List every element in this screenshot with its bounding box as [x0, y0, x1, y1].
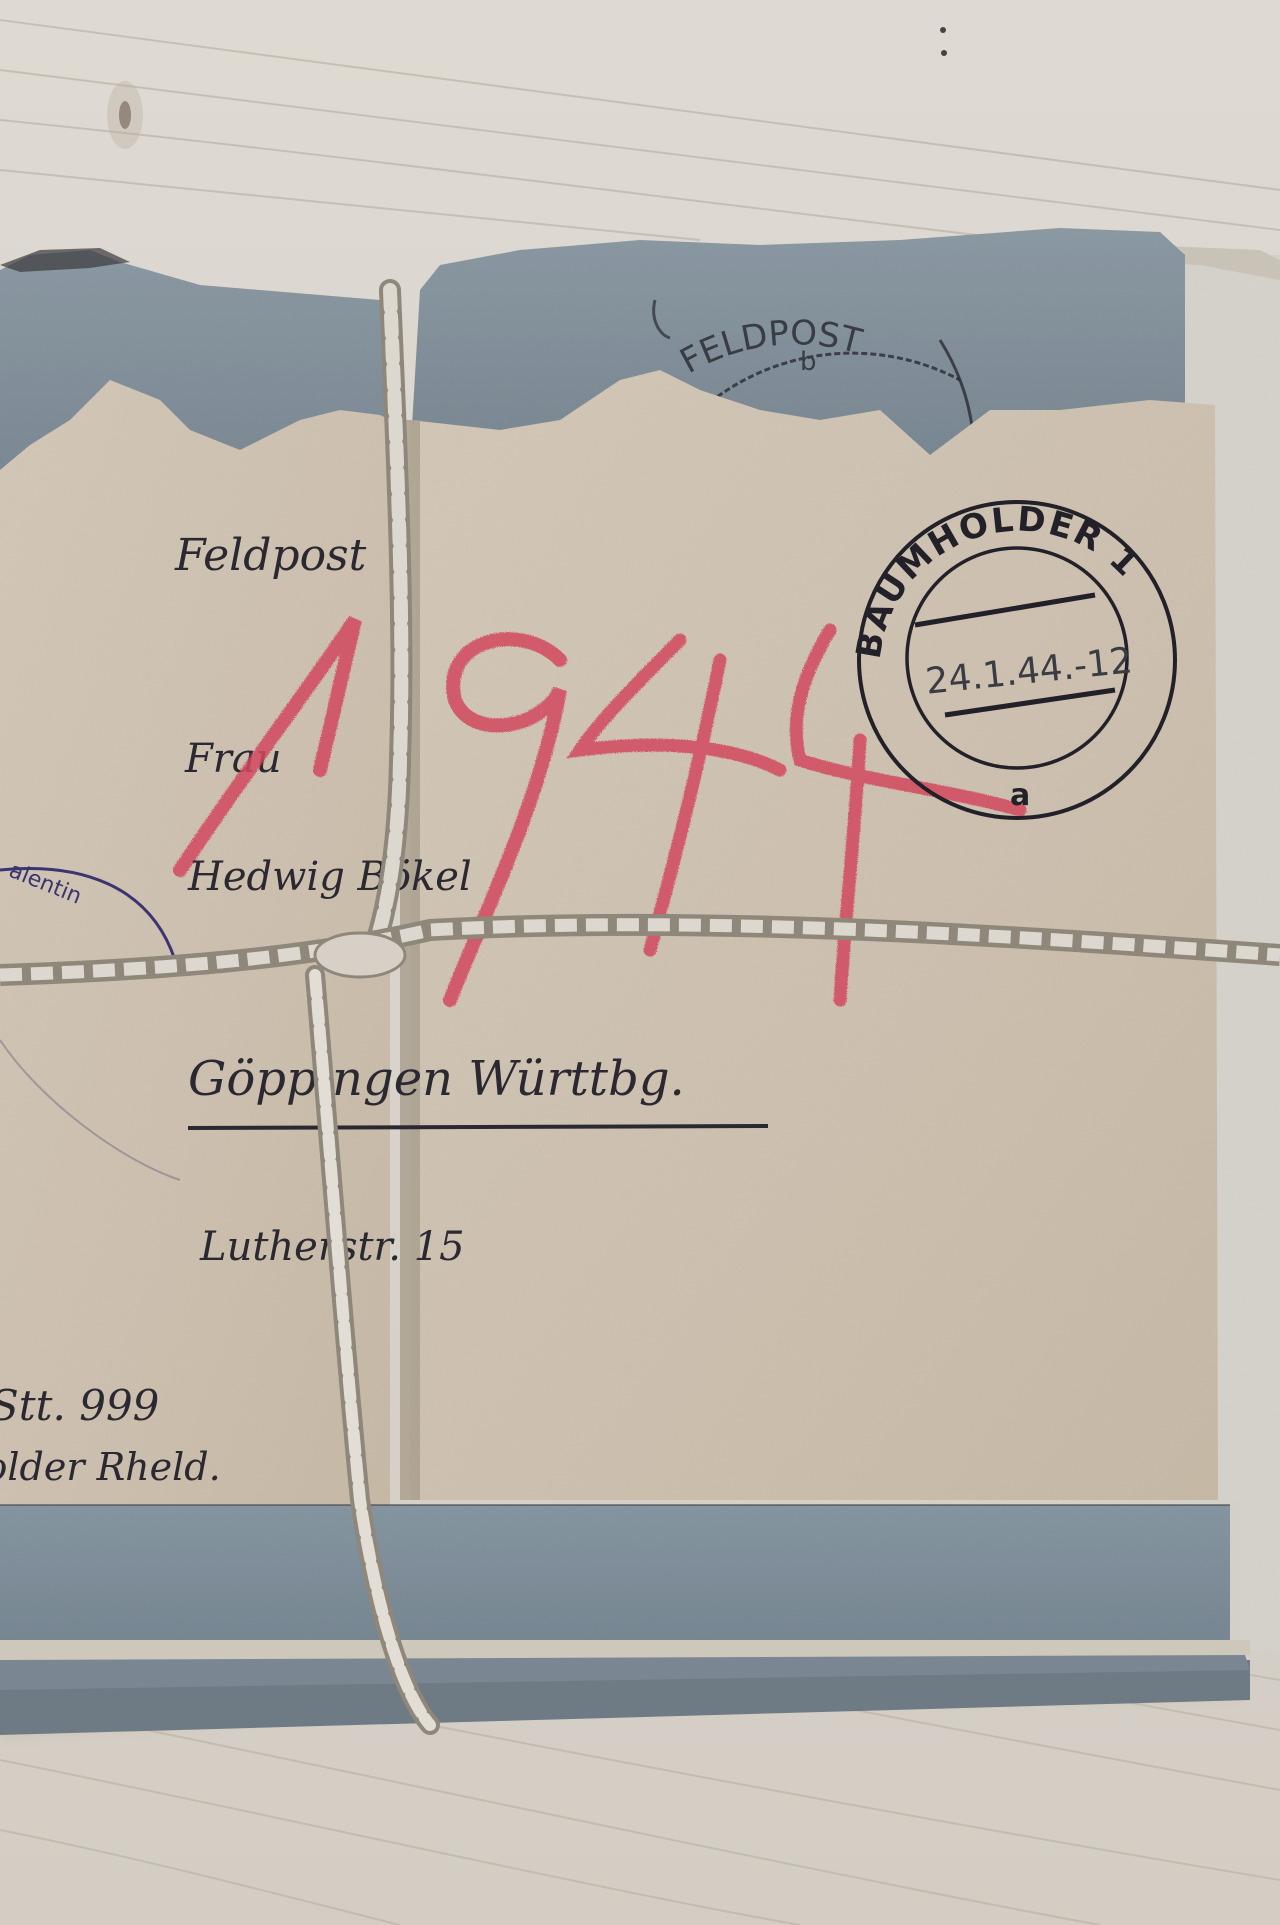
feldpost-stamp-sub: b	[800, 347, 817, 377]
photo-scene: FELDPOST b alentin Stt. 999 holder Rheld…	[0, 0, 1280, 1925]
address-name: Hedwig Bökel	[187, 854, 472, 900]
address-city: Göppingen Württbg.	[188, 1051, 685, 1107]
sender-line-1: Stt. 999	[0, 1381, 159, 1430]
blue-envelope-bottom	[0, 1500, 1250, 1660]
address-feldpost: Feldpost	[174, 530, 367, 581]
sender-line-2: holder Rheld.	[0, 1445, 221, 1489]
postmark-code: a	[1010, 778, 1030, 813]
address-underline	[188, 1126, 768, 1128]
